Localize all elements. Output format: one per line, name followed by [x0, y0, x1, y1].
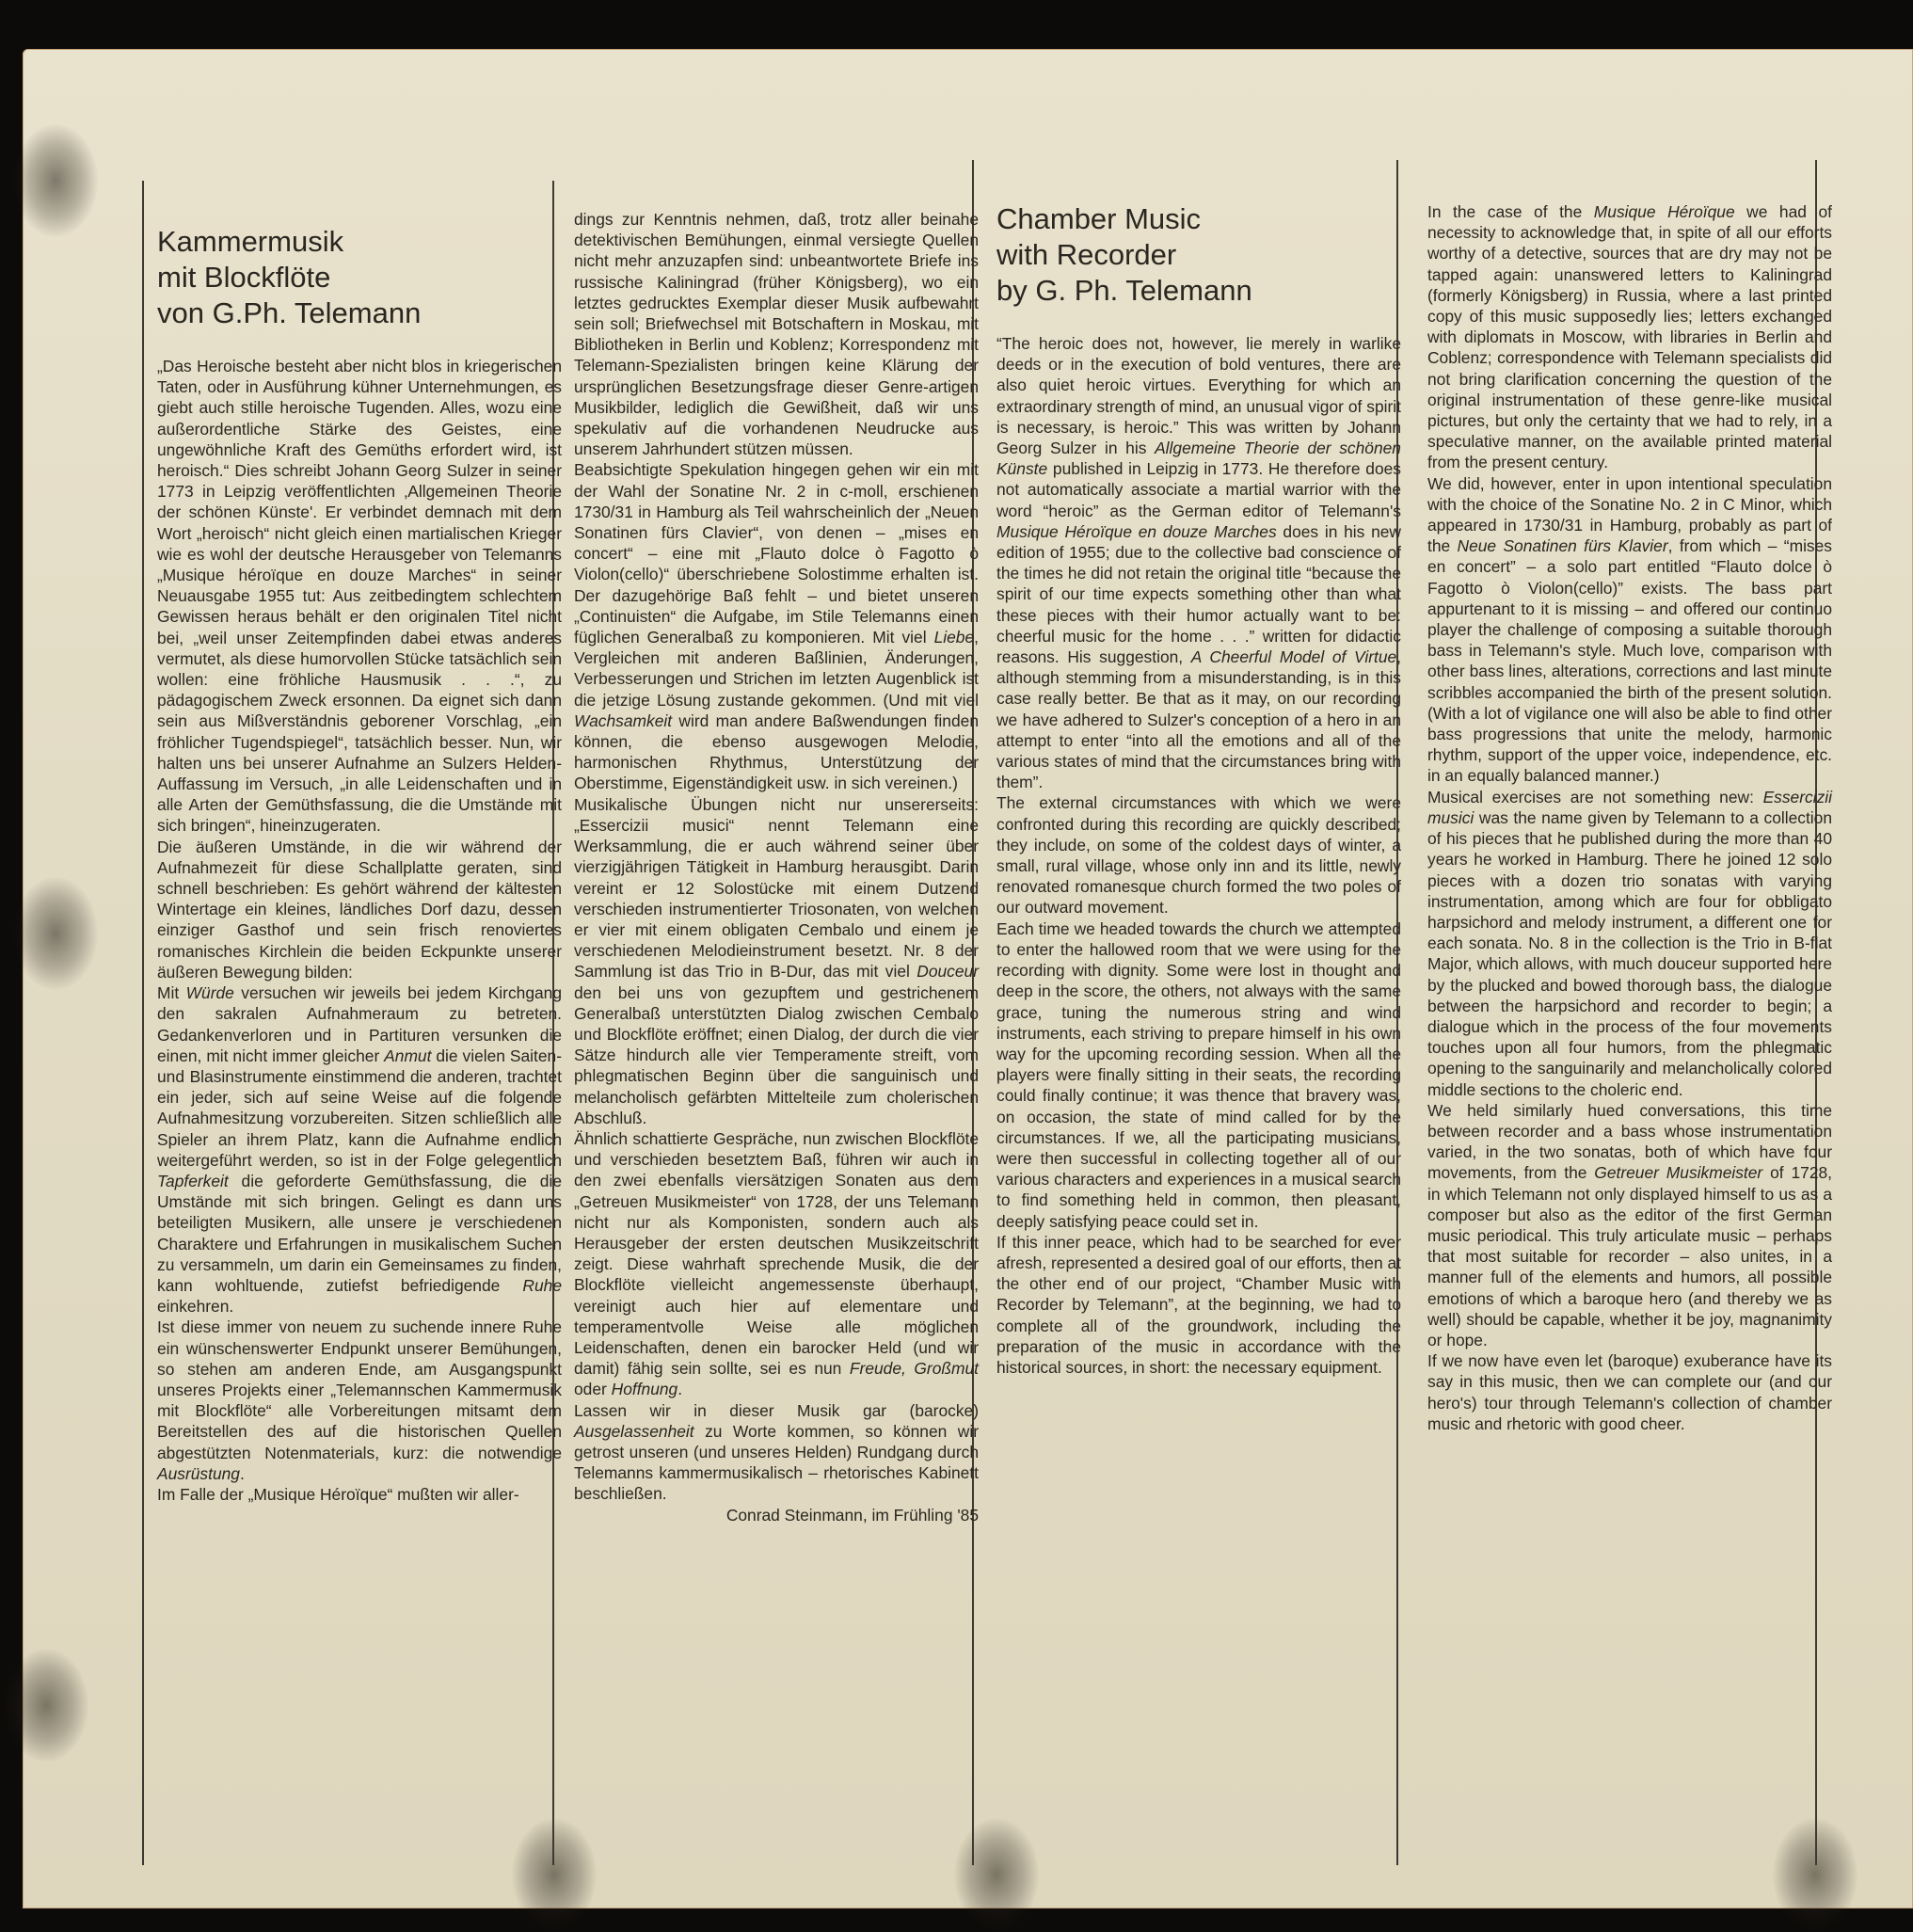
title-line: Kammermusik — [157, 224, 562, 260]
paragraph: Lassen wir in dieser Musik gar (barocke)… — [574, 1400, 979, 1505]
paragraph: Musikalische Übungen nicht nur unsererse… — [574, 794, 979, 1128]
title-line: Chamber Music — [996, 201, 1401, 237]
paragraph: The external circumstances with which we… — [996, 792, 1401, 918]
paragraph: dings zur Kenntnis nehmen, daß, trotz al… — [574, 209, 979, 459]
author-signature: Conrad Steinmann, im Frühling '85 — [574, 1505, 979, 1525]
paragraph: Im Falle der „Musique Héroïque“ mußten w… — [157, 1484, 562, 1505]
paragraph: Musical exercises are not something new:… — [1427, 787, 1832, 1100]
paragraph: “The heroic does not, however, lie merel… — [996, 333, 1401, 792]
column-rule — [142, 181, 144, 1865]
column-german-2: dings zur Kenntnis nehmen, daß, trotz al… — [574, 209, 979, 1525]
title-line: with Recorder — [996, 237, 1401, 273]
title-line: mit Blockflöte — [157, 260, 562, 295]
paragraph: If this inner peace, which had to be sea… — [996, 1232, 1401, 1378]
finger-shadow — [13, 877, 98, 990]
paragraph: Each time we headed towards the church w… — [996, 918, 1401, 1232]
title-line: by G. Ph. Telemann — [996, 273, 1401, 309]
column-english-2: In the case of the Musique Héroïque we h… — [1427, 201, 1832, 1434]
finger-shadow — [4, 1649, 88, 1762]
paragraph: If we now have even let (baroque) exuber… — [1427, 1350, 1832, 1434]
paragraph: We did, however, enter in upon intention… — [1427, 473, 1832, 787]
finger-shadow — [512, 1818, 597, 1931]
paragraph: Die äußeren Umstände, in die wir während… — [157, 837, 562, 982]
paragraph: We held similarly hued conversations, th… — [1427, 1100, 1832, 1350]
record-sleeve-page: Kammermusik mit Blockflöte von G.Ph. Tel… — [23, 49, 1913, 1908]
paragraph: Mit Würde versuchen wir jeweils bei jede… — [157, 982, 562, 1317]
paragraph: Beabsichtigte Spekulation hingegen gehen… — [574, 459, 979, 793]
paragraph: „Das Heroische besteht aber nicht blos i… — [157, 356, 562, 837]
paragraph: Ist diese immer von neuem zu suchende in… — [157, 1317, 562, 1484]
column-german-1: Kammermusik mit Blockflöte von G.Ph. Tel… — [157, 224, 562, 1505]
paragraph: In the case of the Musique Héroïque we h… — [1427, 201, 1832, 473]
title-line: von G.Ph. Telemann — [157, 295, 562, 331]
english-title: Chamber Music with Recorder by G. Ph. Te… — [996, 201, 1401, 309]
finger-shadow — [13, 124, 98, 237]
finger-shadow — [954, 1818, 1039, 1931]
paragraph: Ähnlich schattierte Gespräche, nun zwisc… — [574, 1128, 979, 1400]
german-title: Kammermusik mit Blockflöte von G.Ph. Tel… — [157, 224, 562, 331]
column-english-1: Chamber Music with Recorder by G. Ph. Te… — [996, 201, 1401, 1378]
